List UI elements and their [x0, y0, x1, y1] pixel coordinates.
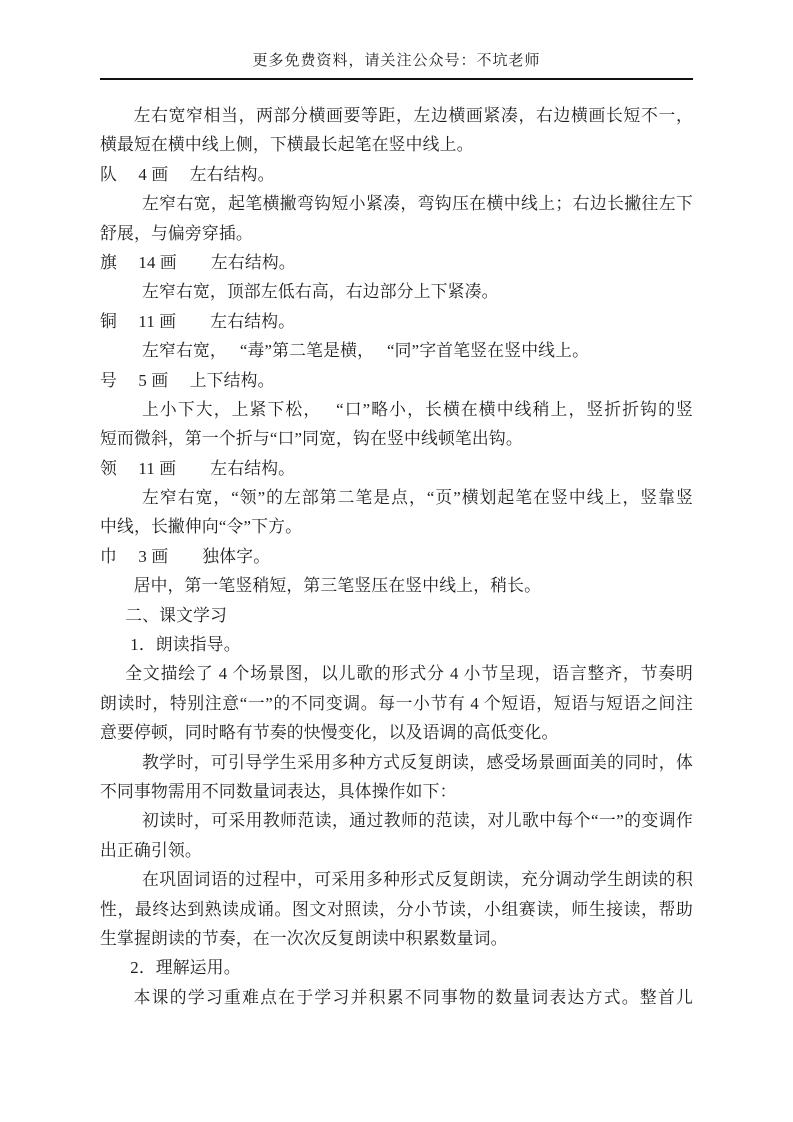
text-line: 居中，第一笔竖稍短，第三笔竖压在竖中线上，稍长。 — [100, 571, 693, 600]
text-line: 铜 11 画 左右结构。 — [100, 307, 693, 336]
text-line: 巾 3 画 独体字。 — [100, 542, 693, 571]
text-line: 初读时，可采用教师范读，通过教师的范读，对儿歌中每个“一”的变调作 — [100, 806, 693, 835]
text-line: 教学时，可引导学生采用多种方式反复朗读，感受场景画面美的同时，体会 — [100, 748, 693, 777]
text-line: 二、课文学习 — [100, 601, 693, 630]
text-line: 性，最终达到熟读成诵。图文对照读，分小节读，小组赛读，师生接读，帮助学 — [100, 895, 693, 924]
text-line: 左窄右宽，顶部左低右高，右边部分上下紧凑。 — [100, 277, 693, 306]
document-page: 更多免费资料，请关注公众号：不坑老师 左右宽窄相当，两部分横画要等距，左边横画紧… — [0, 0, 793, 1122]
page-header: 更多免费资料，请关注公众号：不坑老师 — [100, 50, 693, 80]
text-line: 领 11 画 左右结构。 — [100, 454, 693, 483]
text-line: 本课的学习重难点在于学习并积累不同事物的数量词表达方式。整首儿歌， — [100, 983, 693, 1012]
text-line: 意要停顿，同时略有节奏的快慢变化，以及语调的高低变化。 — [100, 718, 693, 747]
text-line: 舒展，与偏旁穿插。 — [100, 219, 693, 248]
text-line: 朗读时，特别注意“一”的不同变调。每一小节有 4 个短语，短语与短语之间注 — [100, 689, 693, 718]
text-line: 2．理解运用。 — [100, 953, 693, 982]
text-line: 号 5 画 上下结构。 — [100, 366, 693, 395]
text-line: 上小下大，上紧下松， “口”略小，长横在横中线稍上，竖折折钩的竖 — [100, 395, 693, 424]
text-line: 短而微斜，第一个折与“口”同宽，钩在竖中线顿笔出钩。 — [100, 424, 693, 453]
text-line: 中线，长撇伸向“令”下方。 — [100, 512, 693, 541]
text-line: 1．朗读指导。 — [100, 630, 693, 659]
text-line: 旗 14 画 左右结构。 — [100, 248, 693, 277]
text-line: 左右宽窄相当，两部分横画要等距，左边横画紧凑，右边横画长短不一，中 — [100, 101, 693, 130]
text-line: 队 4 画 左右结构。 — [100, 160, 693, 189]
header-divider — [100, 78, 693, 80]
text-line: 在巩固词语的过程中，可采用多种形式反复朗读，充分调动学生朗读的积极 — [100, 865, 693, 894]
header-notice: 更多免费资料，请关注公众号：不坑老师 — [100, 50, 693, 72]
text-line: 全文描绘了 4 个场景图，以儿歌的形式分 4 小节呈现，语言整齐，节奏明快。 — [100, 659, 693, 688]
document-body: 左右宽窄相当，两部分横画要等距，左边横画紧凑，右边横画长短不一，中横最短在横中线… — [100, 101, 693, 1012]
text-line: 不同事物需用不同数量词表达，具体操作如下： — [100, 777, 693, 806]
text-line: 左窄右宽， “毒”第二笔是横， “同”字首笔竖在竖中线上。 — [100, 336, 693, 365]
text-line: 生掌握朗读的节奏，在一次次反复朗读中积累数量词。 — [100, 924, 693, 953]
text-line: 出正确引领。 — [100, 836, 693, 865]
text-line: 左窄右宽，“领”的左部第二笔是点，“页”横划起笔在竖中线上，竖靠竖 — [100, 483, 693, 512]
text-line: 左窄右宽，起笔横撇弯钩短小紧凑，弯钩压在横中线上；右边长撇往左下方 — [100, 189, 693, 218]
text-line: 横最短在横中线上侧，下横最长起笔在竖中线上。 — [100, 130, 693, 159]
